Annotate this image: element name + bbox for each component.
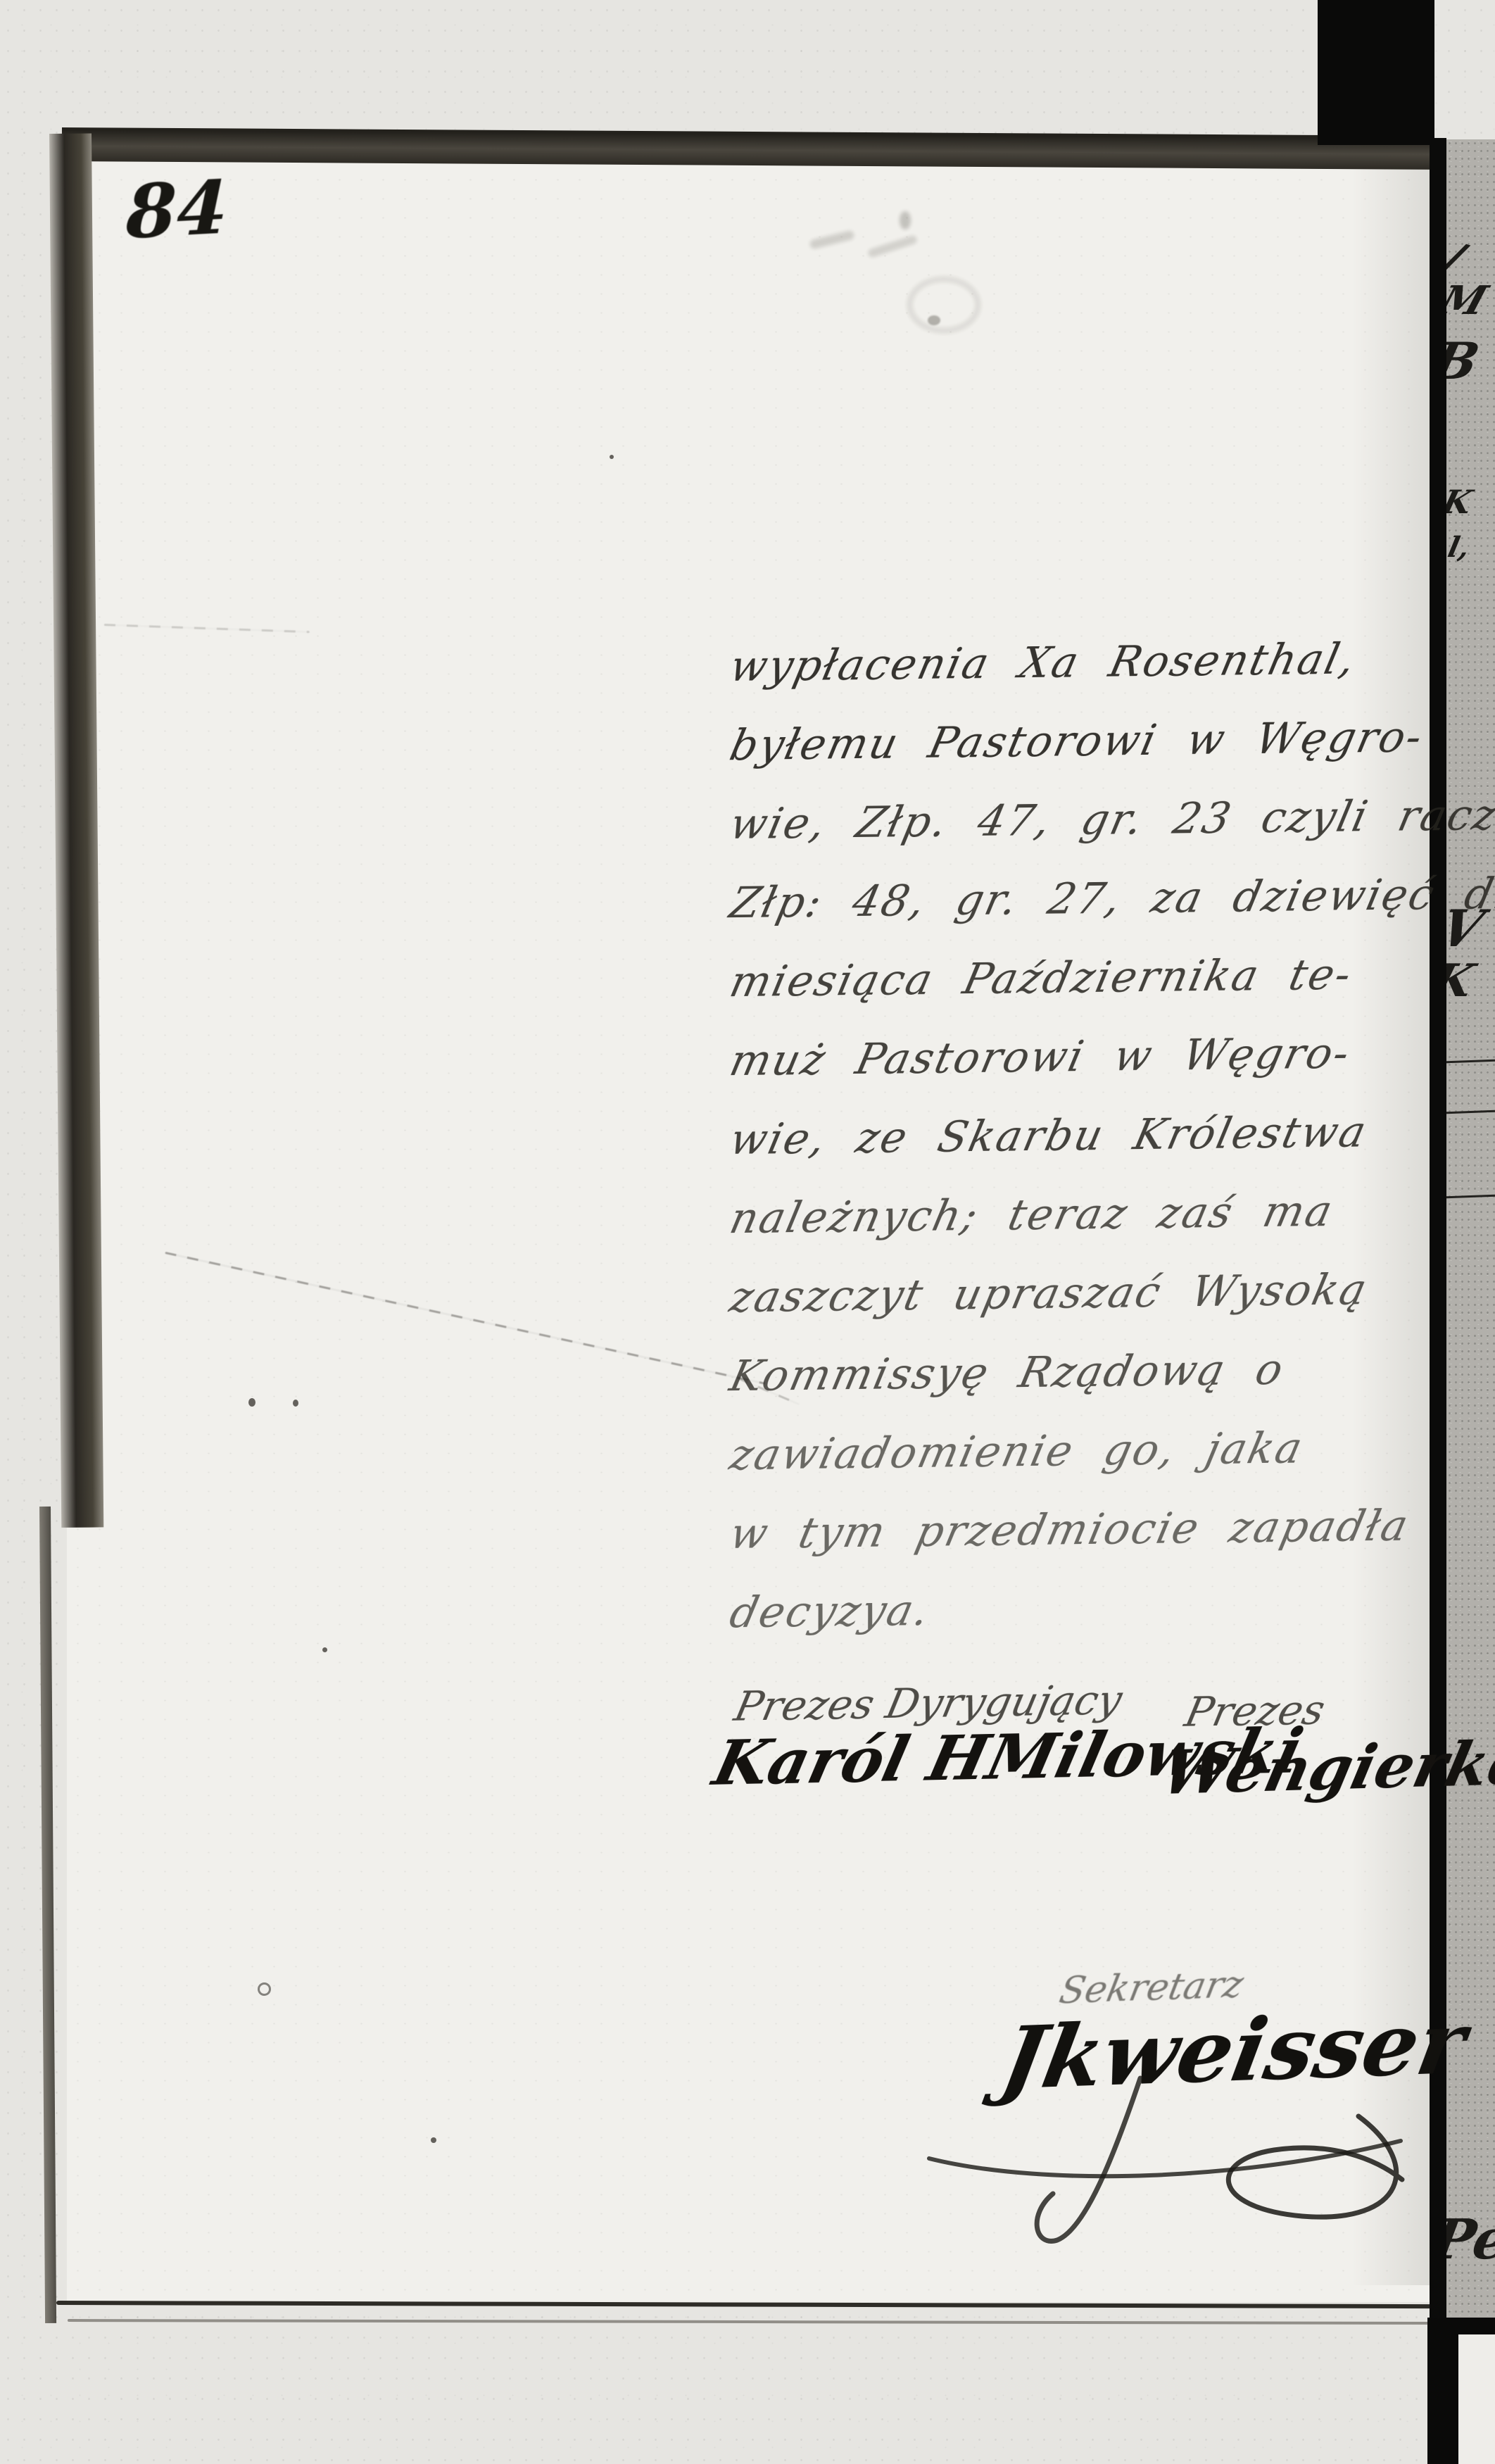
- ink-speck: [293, 1400, 298, 1407]
- scanned-document-page: / M B K l, V K Pe 84 wypłacenia Xa Rosen…: [0, 0, 1495, 2464]
- adjacent-text-fragment: l,: [1446, 531, 1472, 564]
- adjacent-ruled-line: [1446, 1195, 1495, 1198]
- manuscript-text-block: wypłacenia Xa Rosenthal, byłemu Pastorow…: [736, 642, 1447, 1667]
- manuscript-line: zaszczyt upraszać Wysoką: [719, 1264, 1449, 1352]
- adjacent-text-fragment: K: [1446, 483, 1476, 521]
- ink-speck: [258, 1982, 271, 1996]
- manuscript-line: Kommissyę Rządową o: [719, 1343, 1449, 1431]
- scanner-black-gap-top: [1318, 0, 1434, 145]
- manuscript-line: wie, Złp. 47, gr. 23 czyli raczej: [719, 791, 1449, 879]
- adjacent-text-fragment: /: [1446, 231, 1470, 284]
- adjacent-ruled-line: [1446, 1110, 1495, 1114]
- manuscript-line: miesiąca Października te-: [719, 949, 1449, 1036]
- next-page-white-strip: [1458, 2334, 1495, 2464]
- manuscript-line: w tym przedmiocie zapadła: [719, 1501, 1449, 1588]
- page-bottom-border-echo: [68, 2319, 1434, 2325]
- adjacent-text-fragment: M: [1446, 277, 1493, 324]
- manuscript-line: Złp: 48, gr. 27, za dziewięć dni: [719, 870, 1449, 957]
- manuscript-line: muż Pastorowi w Węgro-: [719, 1028, 1449, 1115]
- page-left-edge-lower: [39, 1507, 56, 2323]
- manuscript-line: decyzya.: [719, 1580, 1449, 1667]
- signature-flourish: [908, 2074, 1443, 2257]
- manuscript-line: zawiadomienie go, jaka: [719, 1422, 1449, 1509]
- page-number: 84: [125, 163, 229, 256]
- ink-bleed-smudge: [788, 211, 1021, 345]
- ink-speck: [610, 455, 614, 459]
- adjacent-page-strip: / M B K l, V K Pe: [1446, 139, 1495, 2318]
- adjacent-text-fragment: Pe: [1446, 2208, 1495, 2272]
- ink-speck: [248, 1398, 256, 1407]
- adjacent-text-fragment: B: [1446, 331, 1485, 391]
- signature-president: Wengierke: [1156, 1728, 1495, 1809]
- manuscript-line: byłemu Pastorowi w Węgro-: [719, 712, 1449, 800]
- adjacent-ruled-line: [1446, 1060, 1495, 1063]
- manuscript-line: wypłacenia Xa Rosenthal,: [719, 634, 1449, 721]
- manuscript-line: należnych; teraz zaś ma: [719, 1186, 1449, 1273]
- ink-speck: [322, 1647, 327, 1652]
- manuscript-line: wie, ze Skarbu Królestwa: [719, 1107, 1449, 1194]
- ink-speck: [431, 2137, 436, 2143]
- adjacent-text-fragment: K: [1446, 955, 1480, 1007]
